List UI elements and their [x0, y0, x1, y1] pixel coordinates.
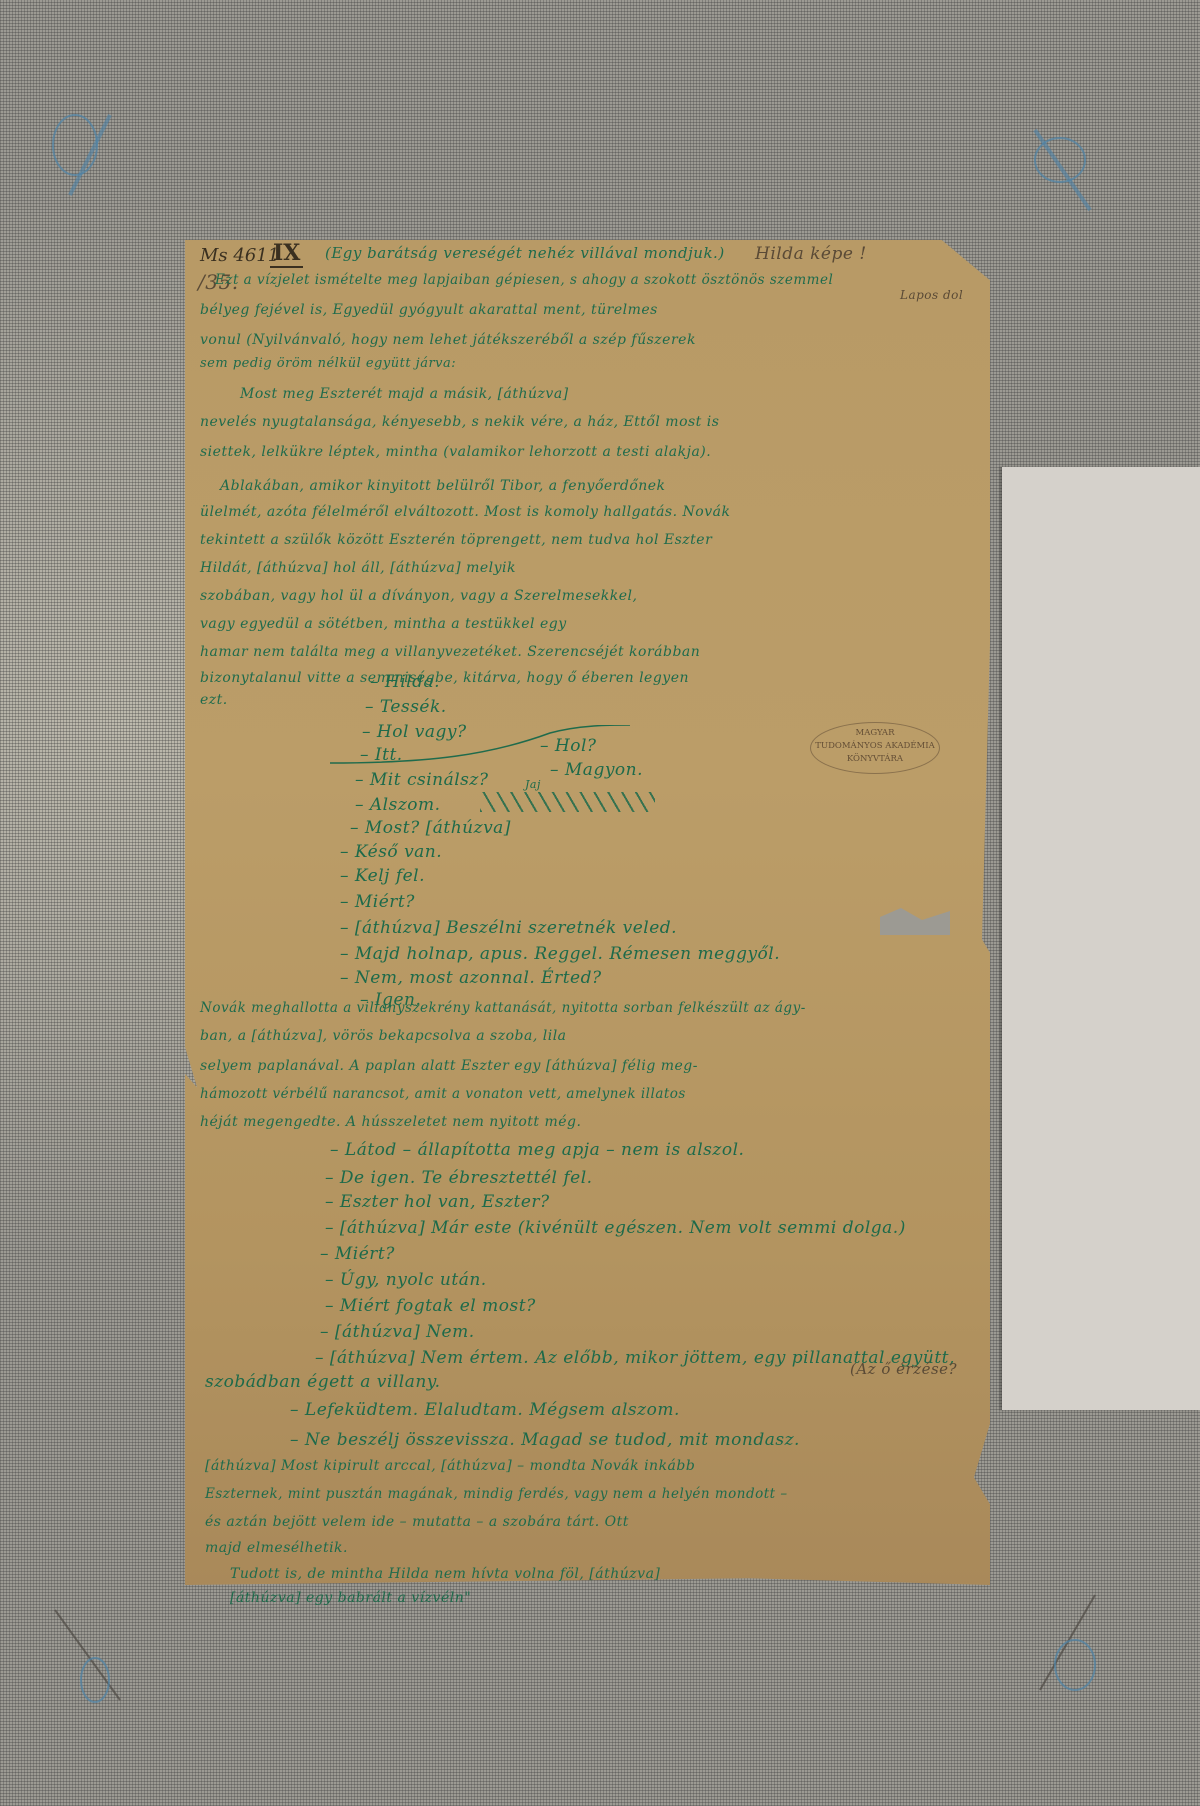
dialogue-line: – Miért fogtak el most?: [325, 1296, 536, 1316]
dialogue-line: – Hilda.: [370, 672, 440, 692]
dialogue-line: – [áthúzva] Már este (kivénült egészen. …: [325, 1218, 906, 1238]
header-pencil-note: Hilda képe !: [755, 244, 867, 264]
ms-line: selyem paplanával. A paplan alatt Eszter…: [200, 1058, 698, 1074]
library-stamp: MAGYAR TUDOMÁNYOS AKADÉMIA KÖNYVTÁRA: [810, 722, 940, 774]
side-pencil-note: (Az ő érzése?: [850, 1360, 957, 1378]
ms-line: hamar nem találta meg a villanyvezetéket…: [200, 644, 700, 660]
ms-line: Hildát, [áthúzva] hol áll, [áthúzva] mel…: [200, 560, 516, 576]
ms-line: ülelmét, azóta félelméről elváltozott. M…: [200, 504, 730, 520]
ms-line: vagy egyedül a sötétben, mintha a testük…: [200, 616, 567, 632]
corner-mark-bottom-left: [40, 1600, 130, 1710]
ms-line: ezt.: [200, 692, 228, 708]
pencil-mark-icon: [1020, 1590, 1110, 1700]
ms-line: vonul (Nyilvánvaló, hogy nem lehet játék…: [200, 332, 696, 348]
dialogue-line: – Most? [áthúzva]: [350, 818, 511, 838]
corner-mark-bottom-right: [1020, 1590, 1110, 1700]
ms-line: majd elmesélhetik.: [205, 1540, 348, 1556]
ms-line: héját megengedte. A hússzeletet nem nyit…: [200, 1114, 581, 1130]
pencil-mark-icon: [40, 1600, 130, 1710]
dialogue-line: – Látod – állapította meg apja – nem is …: [330, 1140, 744, 1160]
ms-line: szobában, vagy hol ül a díványon, vagy a…: [200, 588, 637, 604]
dialogue-line: – Úgy, nyolc után.: [325, 1270, 487, 1290]
scribble-deletion: [480, 792, 655, 812]
stamp-line-1: MAGYAR: [811, 727, 939, 740]
corner-pencil-note: Lapos dol: [900, 288, 963, 302]
dialogue-line: szobádban égett a villany.: [205, 1372, 441, 1392]
ms-line: [áthúzva] egy babrált a vízvéln": [230, 1590, 471, 1606]
dialogue-line: – Miért?: [320, 1244, 395, 1264]
dialogue-line: – Majd holnap, apus. Reggel. Rémesen meg…: [340, 944, 780, 964]
ms-line: bizonytalanul vitte a semmiségbe, kitárv…: [200, 670, 689, 686]
ms-line: Eszternek, mint pusztán magának, mindig …: [205, 1486, 788, 1502]
ms-line: ban, a [áthúzva], vörös bekapcsolva a sz…: [200, 1028, 567, 1044]
ms-line: Novák meghallotta a villanyszekrény katt…: [200, 1000, 806, 1016]
dialogue-line: – Késő van.: [340, 842, 442, 862]
white-reference-card: [1002, 467, 1200, 1410]
ms-line: Ablakában, amikor kinyitott belülről Tib…: [220, 478, 666, 494]
dialogue-line: – Nem, most azonnal. Érted?: [340, 968, 602, 988]
ms-line: [áthúzva] Most kipirult arccal, [áthúzva…: [205, 1458, 695, 1474]
stamp-line-2: TUDOMÁNYOS AKADÉMIA: [811, 740, 939, 753]
pencil-mark-icon: [1015, 120, 1105, 230]
ms-line: és aztán bejött velem ide – mutatta – a …: [205, 1514, 629, 1530]
connector-curve: [330, 725, 630, 765]
ms-line: tekintett a szülők között Eszterén töpre…: [200, 532, 712, 548]
ms-line: hámozott vérbélű narancsot, amit a vonat…: [200, 1086, 686, 1102]
dialogue-line: – Eszter hol van, Eszter?: [325, 1192, 550, 1212]
dialogue-line: – Kelj fel.: [340, 866, 425, 886]
stamp-line-3: KÖNYVTÁRA: [811, 753, 939, 766]
ms-line: Most meg Eszterét majd a másik, [áthúzva…: [240, 386, 569, 402]
ms-line: bélyeg fejével is, Egyedül gyógyult akar…: [200, 302, 658, 318]
ms-line: nevelés nyugtalansága, kényesebb, s neki…: [200, 414, 719, 430]
dialogue-line: – Tessék.: [365, 697, 447, 717]
dialogue-line: – Alszom.: [355, 795, 441, 815]
ms-line: siettek, lelkükre léptek, mintha (valami…: [200, 444, 711, 460]
dialogue-line: – Ne beszélj összevissza. Magad se tudod…: [290, 1430, 800, 1450]
dialogue-line: – Miért?: [340, 892, 415, 912]
pencil-mark-icon: [40, 100, 130, 210]
ms-line: sem pedig öröm nélkül együtt járva:: [200, 356, 456, 371]
corner-mark-top-left: [40, 100, 130, 210]
ms-line: Tudott is, de mintha Hilda nem hívta vol…: [230, 1566, 660, 1582]
dialogue-line: – De igen. Te ébresztettél fel.: [325, 1168, 593, 1188]
header-note: (Egy barátság vereségét nehéz villával m…: [325, 244, 725, 262]
ms-line: Ezt a vízjelet ismételte meg lapjaiban g…: [215, 272, 833, 288]
dialogue-line: – Mit csinálsz?: [355, 770, 488, 790]
chapter-number: IX: [270, 240, 303, 268]
dialogue-line: – [áthúzva] Beszélni szeretnék veled.: [340, 918, 677, 938]
corner-mark-top-right: [1015, 120, 1105, 230]
dialogue-line: – [áthúzva] Nem.: [320, 1322, 475, 1342]
dialogue-insert: Jaj: [525, 778, 541, 791]
archive-reference: Ms 4611: [200, 245, 279, 266]
dialogue-line: – Lefeküdtem. Elaludtam. Mégsem alszom.: [290, 1400, 680, 1420]
